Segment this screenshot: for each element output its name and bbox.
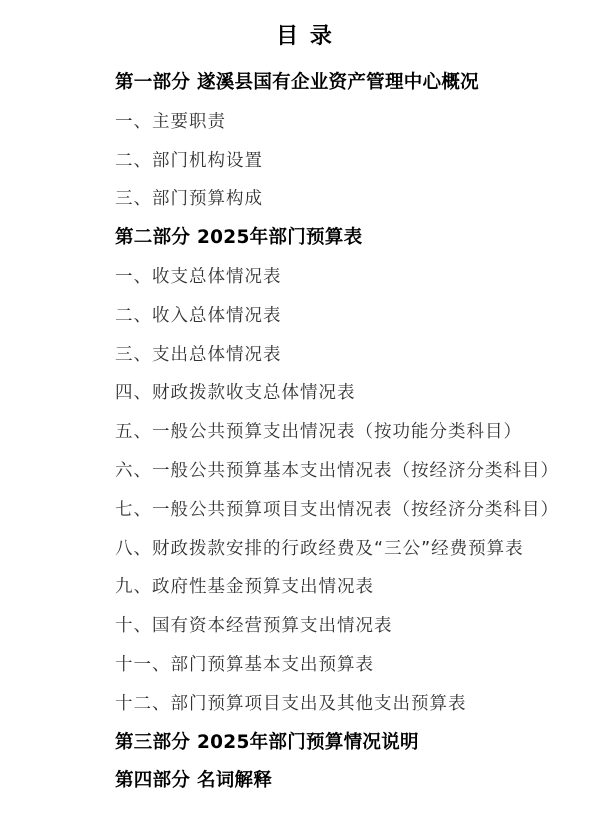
toc-item-2-12: 十二、部门预算项目支出及其他支出预算表 (115, 685, 590, 724)
toc-item-2-10: 十、国有资本经营预算支出情况表 (115, 607, 590, 646)
toc-item-2-7: 七、一般公共预算项目支出情况表（按经济分类科目） (115, 491, 590, 530)
toc-item-2-1: 一、收支总体情况表 (115, 258, 590, 297)
toc-item-2-5: 五、一般公共预算支出情况表（按功能分类科目） (115, 413, 590, 452)
table-of-contents: 第一部分 遂溪县国有企业资产管理中心概况 一、主要职责 二、部门机构设置 三、部… (0, 64, 610, 801)
toc-item-2-2: 二、收入总体情况表 (115, 297, 590, 336)
document-page: 目 录 第一部分 遂溪县国有企业资产管理中心概况 一、主要职责 二、部门机构设置… (0, 0, 610, 822)
toc-item-2-9: 九、政府性基金预算支出情况表 (115, 568, 590, 607)
toc-heading-part2: 第二部分 2025年部门预算表 (115, 219, 590, 258)
toc-item-2-4: 四、财政拨款收支总体情况表 (115, 374, 590, 413)
toc-item-2-8: 八、财政拨款安排的行政经费及“三公”经费预算表 (115, 530, 590, 569)
toc-item-2-6: 六、一般公共预算基本支出情况表（按经济分类科目） (115, 452, 590, 491)
toc-item-2-11: 十一、部门预算基本支出预算表 (115, 646, 590, 685)
toc-heading-part4: 第四部分 名词解释 (115, 762, 590, 801)
toc-heading-part3: 第三部分 2025年部门预算情况说明 (115, 724, 590, 763)
toc-item-1-3: 三、部门预算构成 (115, 180, 590, 219)
toc-item-2-3: 三、支出总体情况表 (115, 336, 590, 375)
toc-item-1-2: 二、部门机构设置 (115, 142, 590, 181)
toc-item-1-1: 一、主要职责 (115, 103, 590, 142)
page-title: 目 录 (0, 24, 610, 50)
toc-heading-part1: 第一部分 遂溪县国有企业资产管理中心概况 (115, 64, 590, 103)
